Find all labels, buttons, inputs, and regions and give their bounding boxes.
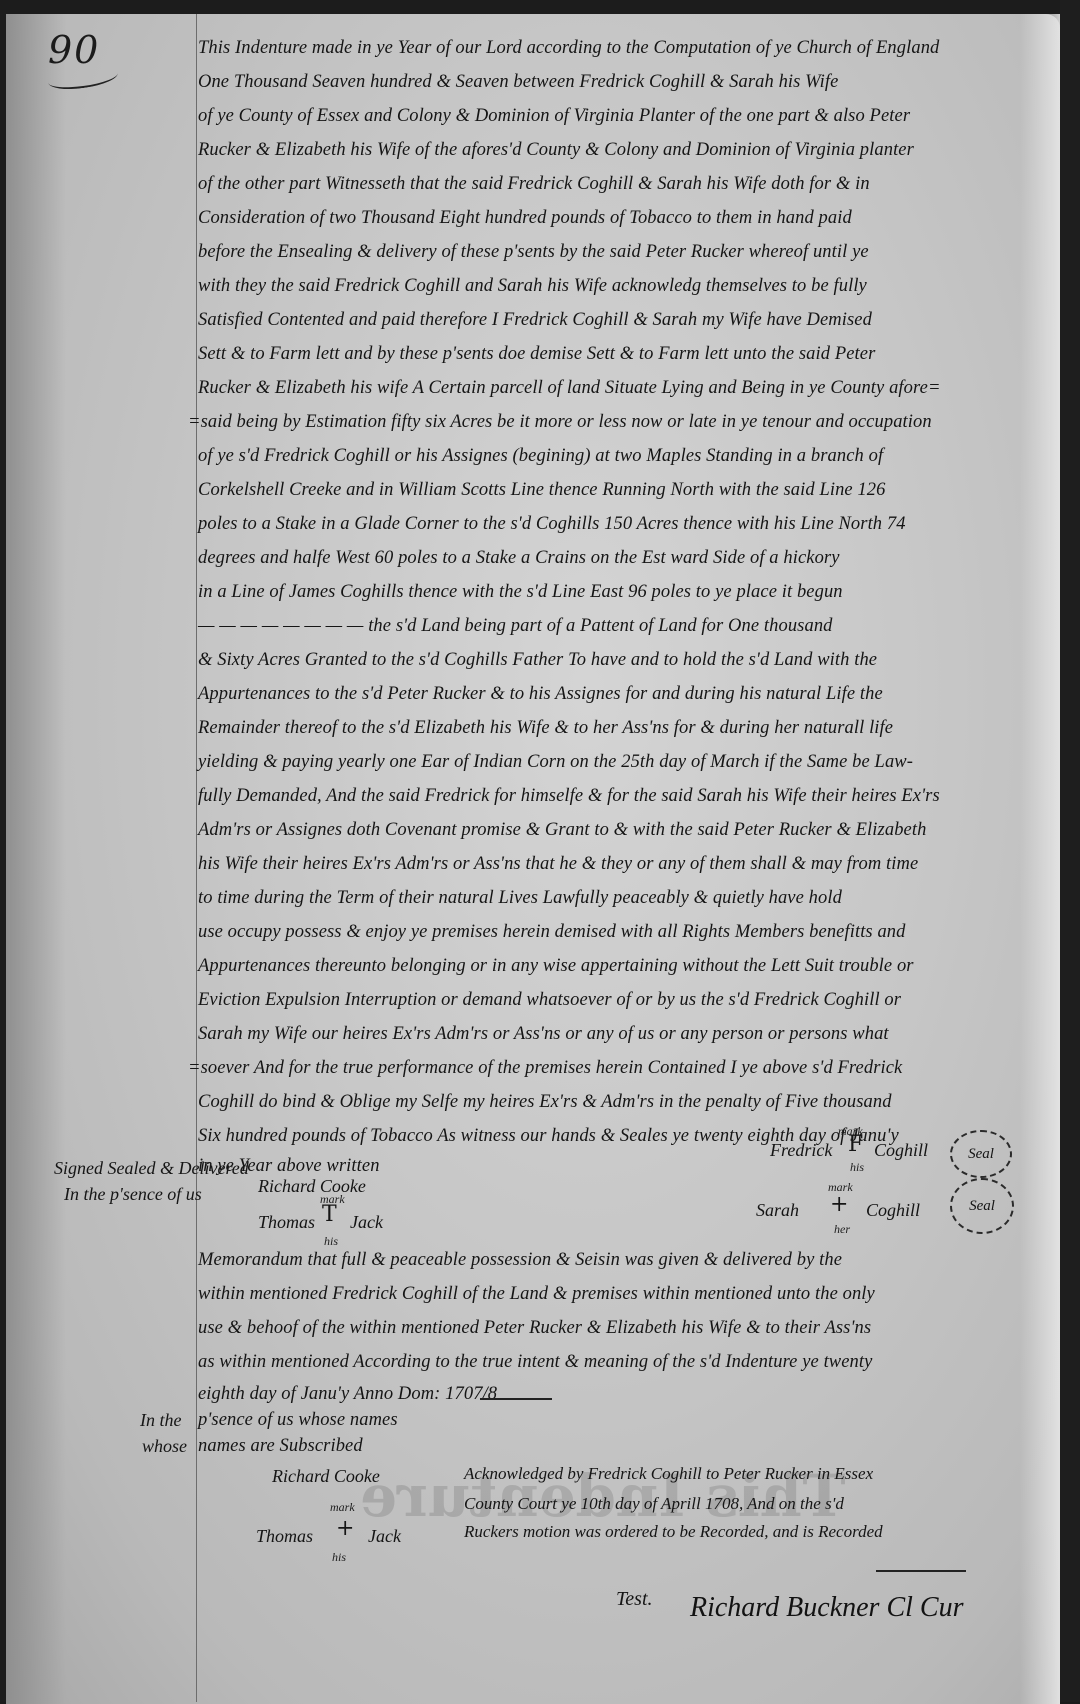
- signatory-name: Fredrick: [770, 1140, 832, 1161]
- seal-label: Seal: [969, 1198, 995, 1215]
- memorandum-witness-line: names are Subscribed: [198, 1436, 363, 1457]
- margin-label: In the p'sence of us: [64, 1184, 202, 1205]
- witness-name: Jack: [350, 1212, 383, 1233]
- memorandum-line: within mentioned Fredrick Coghill of the…: [198, 1284, 875, 1305]
- body-line: of the other part Witnesseth that the sa…: [198, 174, 870, 195]
- memorandum-witness-line: p'sence of us whose names: [198, 1410, 398, 1431]
- body-line: Appurtenances to the s'd Peter Rucker & …: [198, 684, 883, 705]
- body-line: his Wife their heires Ex'rs Adm'rs or As…: [198, 854, 918, 875]
- acknowledgement-line: County Court ye 10th day of Aprill 1708,…: [464, 1494, 844, 1514]
- seal-icon: Seal: [950, 1178, 1014, 1234]
- witness-mark-icon: T: [322, 1202, 337, 1227]
- body-line: in a Line of James Coghills thence with …: [198, 582, 843, 603]
- memorandum-line: use & behoof of the within mentioned Pet…: [198, 1318, 871, 1339]
- body-line: Coghill do bind & Oblige my Selfe my hei…: [198, 1092, 892, 1113]
- mark-label: his: [332, 1550, 346, 1565]
- signatory-name: Coghill: [874, 1140, 928, 1161]
- body-line: with they the said Fredrick Coghill and …: [198, 276, 867, 297]
- body-line: before the Ensealing & delivery of these…: [198, 242, 869, 263]
- mark-label: her: [834, 1222, 850, 1237]
- seal-icon: Seal: [950, 1130, 1012, 1178]
- body-line: of ye County of Essex and Colony & Domin…: [198, 106, 910, 127]
- body-line: degrees and halfe West 60 poles to a Sta…: [198, 548, 840, 569]
- attestation-label: Test.: [616, 1588, 653, 1611]
- body-line: & Sixty Acres Granted to the s'd Coghill…: [198, 650, 877, 671]
- clerk-signature: Richard Buckner Cl Cur: [690, 1592, 963, 1624]
- folio-number: 90: [48, 28, 100, 72]
- margin-label: whose: [142, 1436, 187, 1457]
- witness-mark-icon: +: [336, 1516, 354, 1541]
- witness-name: Thomas: [256, 1526, 313, 1547]
- body-line: poles to a Stake in a Glade Corner to th…: [198, 514, 906, 535]
- document-page: This Indenture 90 This Indenture made in…: [0, 0, 1080, 1702]
- body-line: Remainder thereof to the s'd Elizabeth h…: [198, 718, 893, 739]
- mark-label: his: [850, 1160, 864, 1175]
- body-line: Rucker & Elizabeth his Wife of the afore…: [198, 140, 914, 161]
- acknowledgement-line: Acknowledged by Fredrick Coghill to Pete…: [464, 1464, 873, 1484]
- witness-name: Richard Cooke: [272, 1466, 380, 1487]
- body-line: of ye s'd Fredrick Coghill or his Assign…: [198, 446, 883, 467]
- body-line: Consideration of two Thousand Eight hund…: [198, 208, 852, 229]
- mark-label: mark: [330, 1500, 355, 1515]
- body-line: Satisfied Contented and paid therefore I…: [198, 310, 872, 331]
- seal-label: Seal: [968, 1146, 994, 1163]
- page-edge: [1060, 0, 1080, 1702]
- body-line: Adm'rs or Assignes doth Covenant promise…: [198, 820, 926, 841]
- body-line: — — — — — — — — the s'd Land being part …: [198, 616, 833, 637]
- memorandum-line: as within mentioned According to the tru…: [198, 1352, 872, 1373]
- line-filler: [480, 1398, 552, 1400]
- body-line: One Thousand Seaven hundred & Seaven bet…: [198, 72, 838, 93]
- body-line: =soever And for the true performance of …: [188, 1058, 902, 1079]
- body-line: to time during the Term of their natural…: [198, 888, 842, 909]
- memorandum-line: Memorandum that full & peaceable possess…: [198, 1250, 842, 1271]
- signature-flourish: [876, 1570, 966, 1572]
- body-line: fully Demanded, And the said Fredrick fo…: [198, 786, 940, 807]
- signatory-name: Coghill: [866, 1200, 920, 1221]
- body-line: Rucker & Elizabeth his wife A Certain pa…: [198, 378, 941, 399]
- memorandum-line: eighth day of Janu'y Anno Dom: 1707/8: [198, 1384, 497, 1405]
- mark-label: his: [324, 1234, 338, 1249]
- signatory-mark-icon: +: [830, 1192, 848, 1217]
- body-line: yielding & paying yearly one Ear of Indi…: [198, 752, 913, 773]
- body-line: Sarah my Wife our heires Ex'rs Adm'rs or…: [198, 1024, 889, 1045]
- signatory-name: Sarah: [756, 1200, 799, 1221]
- body-line: Sett & to Farm lett and by these p'sents…: [198, 344, 875, 365]
- witness-name: Richard Cooke: [258, 1176, 366, 1197]
- signatory-mark-icon: F: [848, 1132, 863, 1157]
- body-line: Corkelshell Creeke and in William Scotts…: [198, 480, 886, 501]
- margin-rule: [196, 14, 197, 1702]
- acknowledgement-line: Ruckers motion was ordered to be Recorde…: [464, 1522, 883, 1542]
- margin-label: In the: [140, 1410, 181, 1431]
- witness-name: Jack: [368, 1526, 401, 1547]
- body-line: Eviction Expulsion Interruption or deman…: [198, 990, 901, 1011]
- body-line: This Indenture made in ye Year of our Lo…: [198, 38, 939, 59]
- witness-name: Thomas: [258, 1212, 315, 1233]
- body-line: Appurtenances thereunto belonging or in …: [198, 956, 914, 977]
- margin-label: Signed Sealed & Delivered: [54, 1158, 249, 1179]
- body-line: =said being by Estimation fifty six Acre…: [188, 412, 932, 433]
- body-line: use occupy possess & enjoy ye premises h…: [198, 922, 906, 943]
